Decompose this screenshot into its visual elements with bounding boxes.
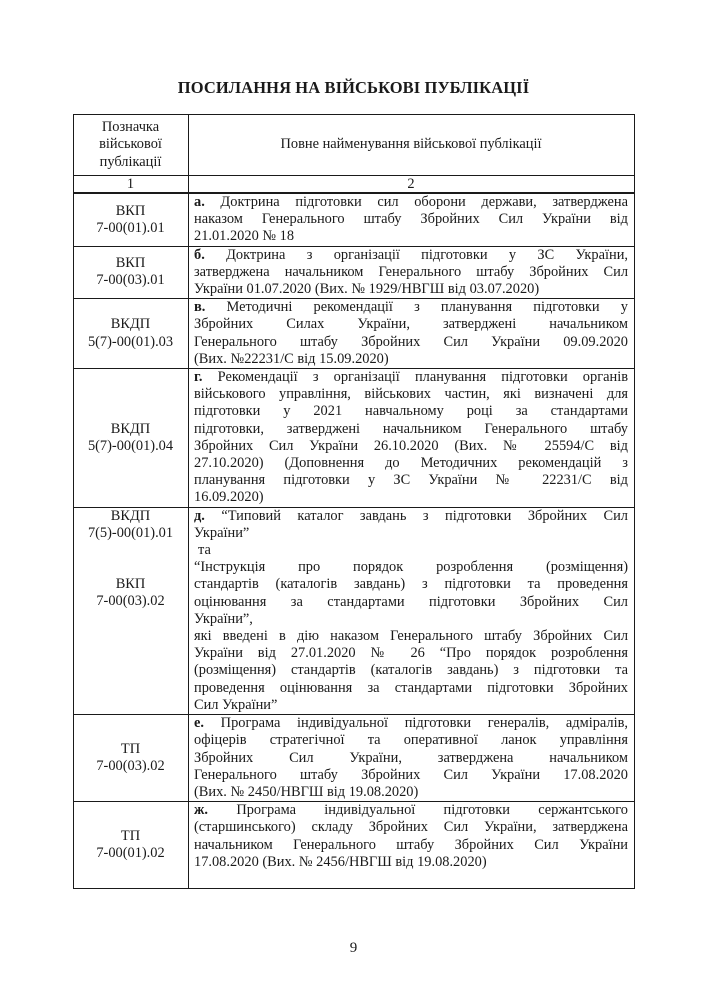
publications-table: Позначка військової публікації Повне най… [73,114,635,889]
publication-designation: ВКДП5(7)-00(01).04 [74,369,189,508]
designation-line: 7-00(03).02 [79,758,182,775]
publication-text-line: Генерального штабу Збройних Сил України … [194,334,628,351]
item-letter: е. [194,715,204,731]
designation-line: ВКП [79,203,182,220]
publication-full-name: е. Програма індивідуальної підготовки ге… [189,715,635,802]
designation-line: ВКП [79,576,182,593]
publication-text-line: 21.01.2020 № 18 [194,228,628,245]
designation-line: 7-00(01).02 [79,845,182,862]
publication-text-line: 17.08.2020 (Вих. № 2456/НВГШ від 19.08.2… [194,854,628,871]
publication-text-line: (старшинського) складу Збройних Сил Укра… [194,819,628,836]
publication-text-line: 16.09.2020) [194,489,628,506]
publication-full-name: б. Доктрина з організації підготовки у З… [189,246,635,299]
publication-text-line: е. Програма індивідуальної підготовки ге… [194,715,628,732]
publication-text-line: Збройних Силах України, затверджені нача… [194,316,628,333]
publication-text-line: Генерального штабу Збройних Сил України … [194,767,628,784]
designation-line: 5(7)-00(01).04 [79,438,182,455]
designation-line: ВКДП [79,421,182,438]
designation-line: 7-00(03).01 [79,272,182,289]
publication-text-line: Збройних Сил України, затверджена началь… [194,750,628,767]
item-letter: г. [194,369,203,385]
publication-full-name: д. “Типовий каталог завдань з підготовки… [189,507,635,714]
header-designation-line: Позначка [79,119,182,136]
page-title: ПОСИЛАННЯ НА ВІЙСЬКОВІ ПУБЛІКАЦІЇ [0,78,707,98]
column-number-row: 1 2 [74,176,635,194]
table-row: ВКДП7(5)-00(01).01ВКП7-00(03).02д. “Типо… [74,507,635,714]
table-row: ТП7-00(01).02ж. Програма індивідуальної … [74,802,635,889]
item-letter: в. [194,299,205,315]
publication-text: Рекомендації з організації планування пі… [203,369,628,385]
publication-text-line: (розміщення) стандартів (каталогів завда… [194,662,628,679]
column-number-1: 1 [74,176,189,194]
publication-text-line: наказом Генерального штабу Збройних Сил … [194,211,628,228]
publication-text: “Типовий каталог завдань з підготовки Зб… [205,508,628,524]
designation-line: 7(5)-00(01).01 [79,525,182,542]
publication-text-line: 27.10.2020) (Доповнення до Методичних ре… [194,455,628,472]
designation-line: 5(7)-00(01).03 [79,334,182,351]
header-designation: Позначка військової публікації [74,115,189,176]
publication-text: Методичні рекомендації з планування підг… [205,299,628,315]
designation-line: ТП [79,828,182,845]
publication-text-line: проведення оцінювання за стандартами під… [194,680,628,697]
item-letter: ж. [194,802,208,818]
publication-text-line: офіцерів стратегічної та оперативної лан… [194,732,628,749]
publication-text-line: затверджена начальником Генерального шта… [194,264,628,281]
item-letter: д. [194,508,205,524]
publication-text-line: України” [194,525,628,542]
publication-text-line: оцінювання за стандартами підготовки Збр… [194,594,628,611]
publication-text: Доктрина підготовки сил оборони держави,… [205,194,628,210]
designation-gap [79,542,182,576]
table-row: ВКП7-00(01).01а. Доктрина підготовки сил… [74,193,635,246]
publication-text-line: підготовки у 2021 навчальному році за ст… [194,403,628,420]
publication-text-line: планування підготовки у ЗС України № 222… [194,472,628,489]
header-designation-line: військової [79,136,182,153]
publication-full-name: в. Методичні рекомендації з планування п… [189,299,635,369]
publication-text-line: Збройних Сил України 26.10.2020 (Вих. № … [194,438,628,455]
table-row: ТП7-00(03).02е. Програма індивідуальної … [74,715,635,802]
publication-text-line: г. Рекомендації з організації планування… [194,369,628,386]
publication-text: Програма індивідуальної підготовки сержа… [208,802,628,818]
designation-line: ВКДП [79,316,182,333]
publication-text: Доктрина з організації підготовки у ЗС У… [205,247,628,263]
designation-line: 7-00(03).02 [79,593,182,610]
publication-text-line: ж. Програма індивідуальної підготовки се… [194,802,628,819]
publication-designation: ВКДП7(5)-00(01).01ВКП7-00(03).02 [74,507,189,714]
publication-text-line: України від 27.01.2020 № 26 “Про порядок… [194,645,628,662]
publication-full-name: а. Доктрина підготовки сил оборони держа… [189,193,635,246]
header-full-name: Повне найменування військової публікації [189,115,635,176]
table-row: ВКП7-00(03).01б. Доктрина з організації … [74,246,635,299]
publication-text-line: (Вих. № 2450/НВГШ від 19.08.2020) [194,784,628,801]
publication-designation: ВКДП5(7)-00(01).03 [74,299,189,369]
table-header-row: Позначка військової публікації Повне най… [74,115,635,176]
designation-line: ВКДП [79,508,182,525]
publication-text-line: б. Доктрина з організації підготовки у З… [194,247,628,264]
designation-line: 7-00(01).01 [79,220,182,237]
publication-designation: ТП7-00(01).02 [74,802,189,889]
publication-text-line: військового управління, військових части… [194,386,628,403]
item-letter: б. [194,247,205,263]
publication-designation: ВКП7-00(01).01 [74,193,189,246]
publication-text-line: України 01.07.2020 (Вих. № 1929/НВГШ від… [194,281,628,298]
publication-text-line: України”, [194,611,628,628]
column-number-2: 2 [189,176,635,194]
publication-text-line: (Вих. №22231/С від 15.09.2020) [194,351,628,368]
table-row: ВКДП5(7)-00(01).04г. Рекомендації з орга… [74,369,635,508]
table-row: ВКДП5(7)-00(01).03в. Методичні рекоменда… [74,299,635,369]
publication-designation: ТП7-00(03).02 [74,715,189,802]
publication-text-line: а. Доктрина підготовки сил оборони держа… [194,194,628,211]
publication-text-line: Сил України” [194,697,628,714]
publication-text-line: начальником Генерального штабу Збройних … [194,837,628,854]
designation-line: ВКП [79,255,182,272]
page-number: 9 [0,940,707,957]
publication-full-name: г. Рекомендації з організації планування… [189,369,635,508]
publication-full-name: ж. Програма індивідуальної підготовки се… [189,802,635,889]
publication-designation: ВКП7-00(03).01 [74,246,189,299]
publication-text-line: в. Методичні рекомендації з планування п… [194,299,628,316]
header-designation-line: публікації [79,154,182,171]
publication-text-line: д. “Типовий каталог завдань з підготовки… [194,508,628,525]
item-letter: а. [194,194,205,210]
publication-text-line: “Інструкція про порядок розроблення (роз… [194,559,628,576]
publication-text-line: підготовки, затверджені начальником Гене… [194,421,628,438]
publication-text-line: стандартів (каталогів завдань) з підгото… [194,576,628,593]
publication-text: Програма індивідуальної підготовки генер… [204,715,628,731]
publication-text-line: які введені в дію наказом Генерального ш… [194,628,628,645]
publication-text-line: та [194,542,628,559]
designation-line: ТП [79,741,182,758]
